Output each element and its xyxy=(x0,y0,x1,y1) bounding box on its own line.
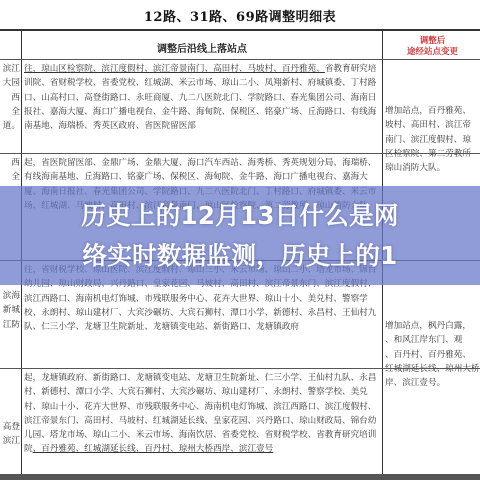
row-4-stops: 起，龙塘镇政府、新街路口、龙塘镇变电站、龙塘卫生院新址、仁三小学、王仙村九队、永… xyxy=(24,371,380,479)
row-3-origin: 滨海 新城 江防 xyxy=(0,289,20,332)
row-4-origin: 高登 滨江 xyxy=(0,420,20,449)
header-stop-changes-line1: 调整后 xyxy=(383,36,480,47)
row-2-origin: 西 全 xyxy=(0,156,20,185)
row-1-stops: 往，琼山区检察院、滨江度假村、滨江帝景南门、高田村、马坡村、百丹雅苑、省教育研究… xyxy=(24,62,380,148)
document-title: 12路、31路、69路调整明细表 xyxy=(0,6,480,25)
header-stop-changes-line2: 途经站点变更 xyxy=(383,47,480,58)
header-stop-changes: 调整后 途经站点变更 xyxy=(383,36,480,58)
headline-line-1: 历史上的12月13日什么是网 xyxy=(0,200,480,232)
row-divider xyxy=(0,59,480,60)
row-divider xyxy=(0,368,480,369)
row-1-changes: 增加站点，百丹雅苑、 坡村、高田村、滨江帝 南门、滨江度假村、琼 区检察院、第二… xyxy=(385,104,480,175)
headline-line-2: 络实时数据监测，历史上的1 xyxy=(0,240,480,272)
table-bottom-border xyxy=(0,474,480,480)
row-1-stops-rest: 省教育研究培训院、省财税学校、省委党校、红城湖、米云市场、琼山二小、凤翔新村、府… xyxy=(24,64,376,131)
row-4-stops-main: 起，龙塘镇政府、新街路口、龙塘镇变电站、龙塘卫生院新址、仁三小学、王仙村九队、永… xyxy=(24,373,376,454)
row-4-stops-new: 、百丹雅苑、红城湖延长线、百丹村、琼州大桥西岸、滨江壹号 xyxy=(33,444,274,454)
row-1-stops-new: 往，琼山区检察院、滨江度假村、滨江帝景南门、高田村、马坡村、百丹雅苑、 xyxy=(24,64,325,74)
header-stops-after-adjustment: 调整后沿线上落站点 xyxy=(22,40,382,55)
row-divider xyxy=(0,153,480,154)
row-1-origin: 滨江 大园 西 全 道。 xyxy=(0,62,20,133)
row-3-changes: 增加站点，枫丹白露， 、和风江岸东门、观 、百丹村、百丹雅苑、 红城湖延长线、琼… xyxy=(385,319,480,390)
